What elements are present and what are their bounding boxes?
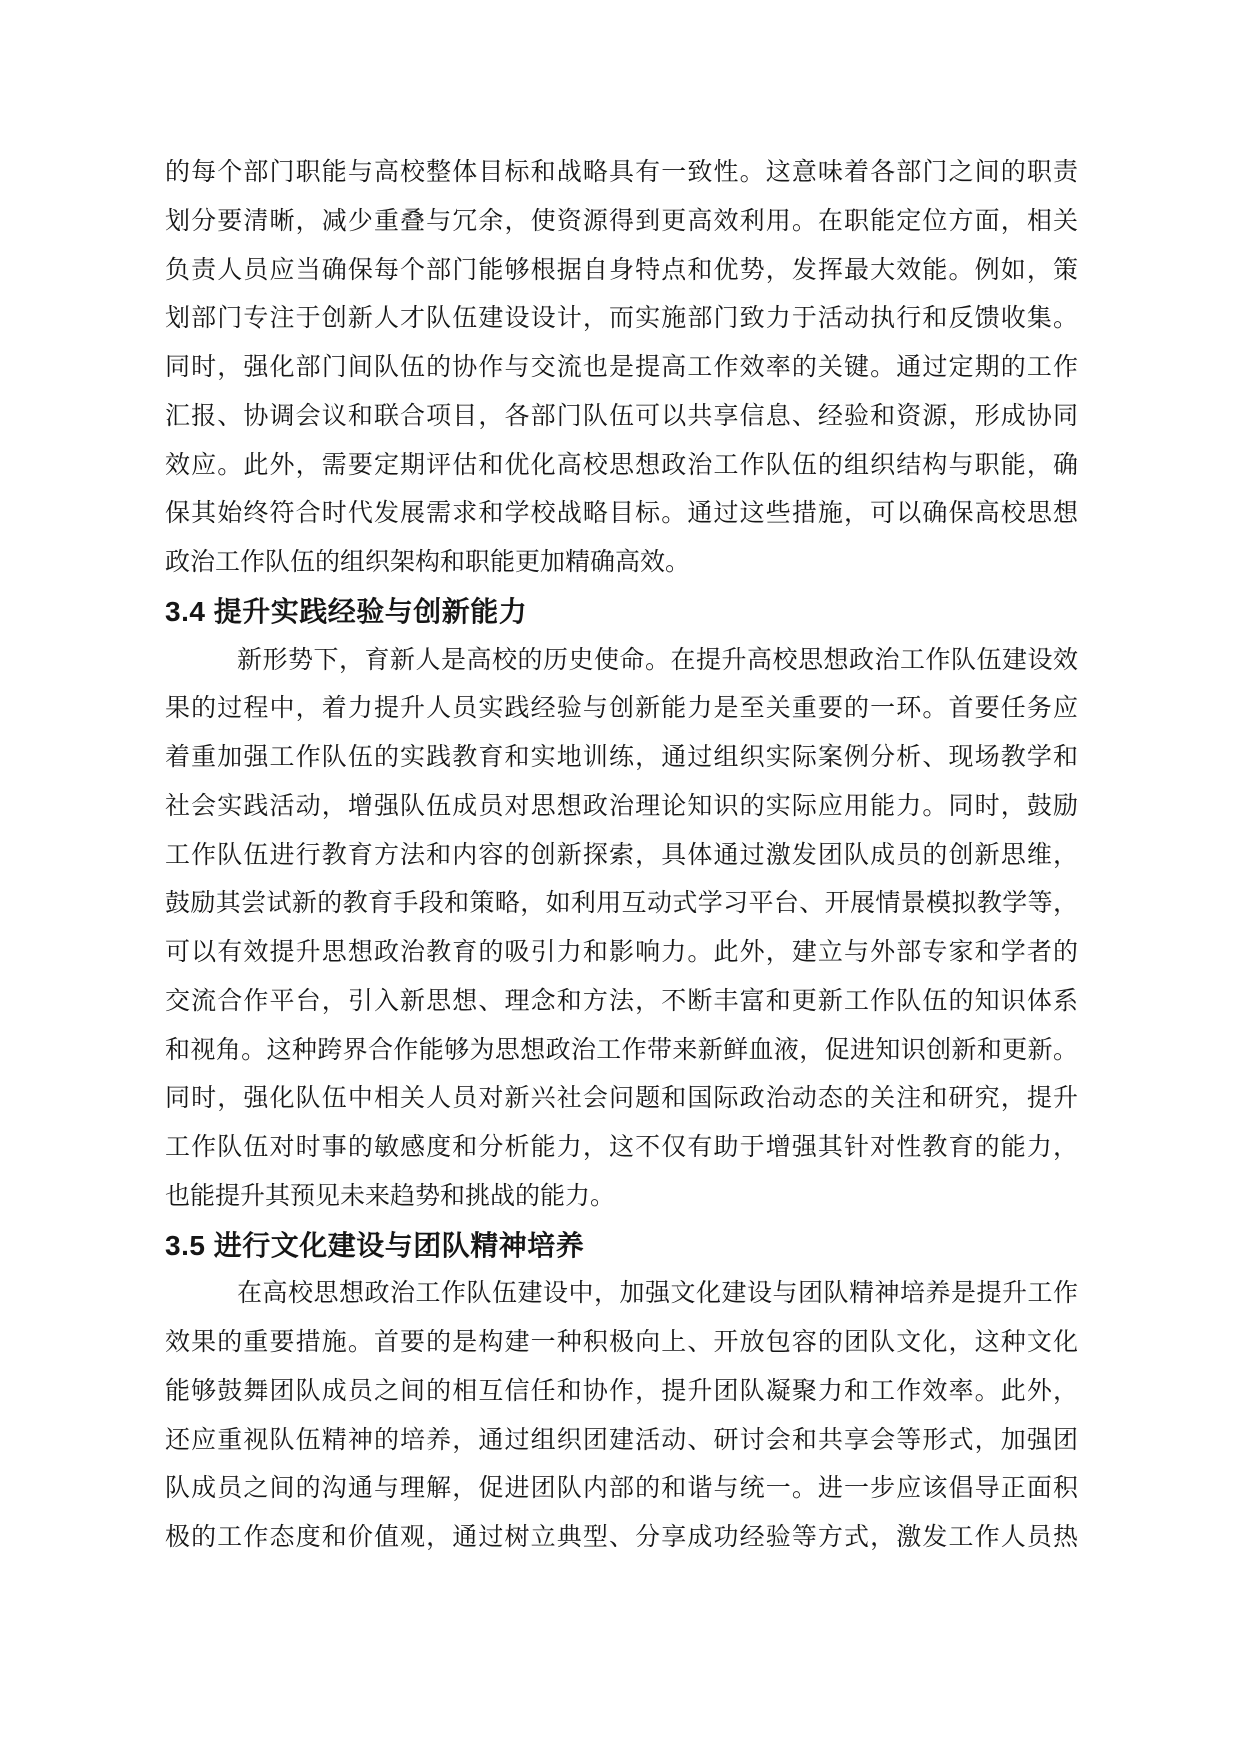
text-line: 在高校思想政治工作队伍建设中，加强文化建设与团队精神培养是提升工作 [165,1270,1078,1319]
text-line: 划部门专注于创新人才队伍建设设计，而实施部门致力于活动执行和反馈收集。 [165,295,1078,344]
text-line: 效应。此外，需要定期评估和优化高校思想政治工作队伍的组织结构与职能，确 [165,442,1078,491]
section-heading: 3.5 进行文化建设与团队精神培养 [165,1222,1078,1271]
text-line: 队成员之间的沟通与理解，促进团队内部的和谐与统一。进一步应该倡导正面积 [165,1465,1078,1514]
text-line: 同时，强化队伍中相关人员对新兴社会问题和国际政治动态的关注和研究，提升 [165,1075,1078,1124]
text-body: 的每个部门职能与高校整体目标和战略具有一致性。这意味着各部门之间的职责划分要清晰… [165,149,1078,1563]
text-line: 同时，强化部门间队伍的协作与交流也是提高工作效率的关键。通过定期的工作 [165,344,1078,393]
text-line: 和视角。这种跨界合作能够为思想政治工作带来新鲜血液，促进知识创新和更新。 [165,1027,1078,1076]
text-line: 还应重视队伍精神的培养，通过组织团建活动、研讨会和共享会等形式，加强团 [165,1417,1078,1466]
text-line: 效果的重要措施。首要的是构建一种积极向上、开放包容的团队文化，这种文化 [165,1319,1078,1368]
text-line: 社会实践活动，增强队伍成员对思想政治理论知识的实际应用能力。同时，鼓励 [165,783,1078,832]
text-line: 保其始终符合时代发展需求和学校战略目标。通过这些措施，可以确保高校思想 [165,490,1078,539]
text-line: 的每个部门职能与高校整体目标和战略具有一致性。这意味着各部门之间的职责 [165,149,1078,198]
document-page: 的每个部门职能与高校整体目标和战略具有一致性。这意味着各部门之间的职责划分要清晰… [0,0,1240,1753]
text-line: 极的工作态度和价值观，通过树立典型、分享成功经验等方式，激发工作人员热 [165,1514,1078,1563]
text-line: 负责人员应当确保每个部门能够根据自身特点和优势，发挥最大效能。例如，策 [165,247,1078,296]
text-line: 新形势下，育新人是高校的历史使命。在提升高校思想政治工作队伍建设效 [165,637,1078,686]
text-line: 工作队伍对时事的敏感度和分析能力，这不仅有助于增强其针对性教育的能力， [165,1124,1078,1173]
text-line: 划分要清晰，减少重叠与冗余，使资源得到更高效利用。在职能定位方面，相关 [165,198,1078,247]
text-line: 政治工作队伍的组织架构和职能更加精确高效。 [165,539,1078,588]
text-line: 可以有效提升思想政治教育的吸引力和影响力。此外，建立与外部专家和学者的 [165,929,1078,978]
text-line: 能够鼓舞团队成员之间的相互信任和协作，提升团队凝聚力和工作效率。此外， [165,1368,1078,1417]
text-line: 交流合作平台，引入新思想、理念和方法，不断丰富和更新工作队伍的知识体系 [165,978,1078,1027]
section-heading: 3.4 提升实践经验与创新能力 [165,588,1078,637]
text-line: 也能提升其预见未来趋势和挑战的能力。 [165,1173,1078,1222]
text-line: 鼓励其尝试新的教育手段和策略，如利用互动式学习平台、开展情景模拟教学等， [165,880,1078,929]
text-line: 工作队伍进行教育方法和内容的创新探索，具体通过激发团队成员的创新思维， [165,832,1078,881]
text-line: 着重加强工作队伍的实践教育和实地训练，通过组织实际案例分析、现场教学和 [165,734,1078,783]
text-line: 果的过程中，着力提升人员实践经验与创新能力是至关重要的一环。首要任务应 [165,685,1078,734]
text-line: 汇报、协调会议和联合项目，各部门队伍可以共享信息、经验和资源，形成协同 [165,393,1078,442]
